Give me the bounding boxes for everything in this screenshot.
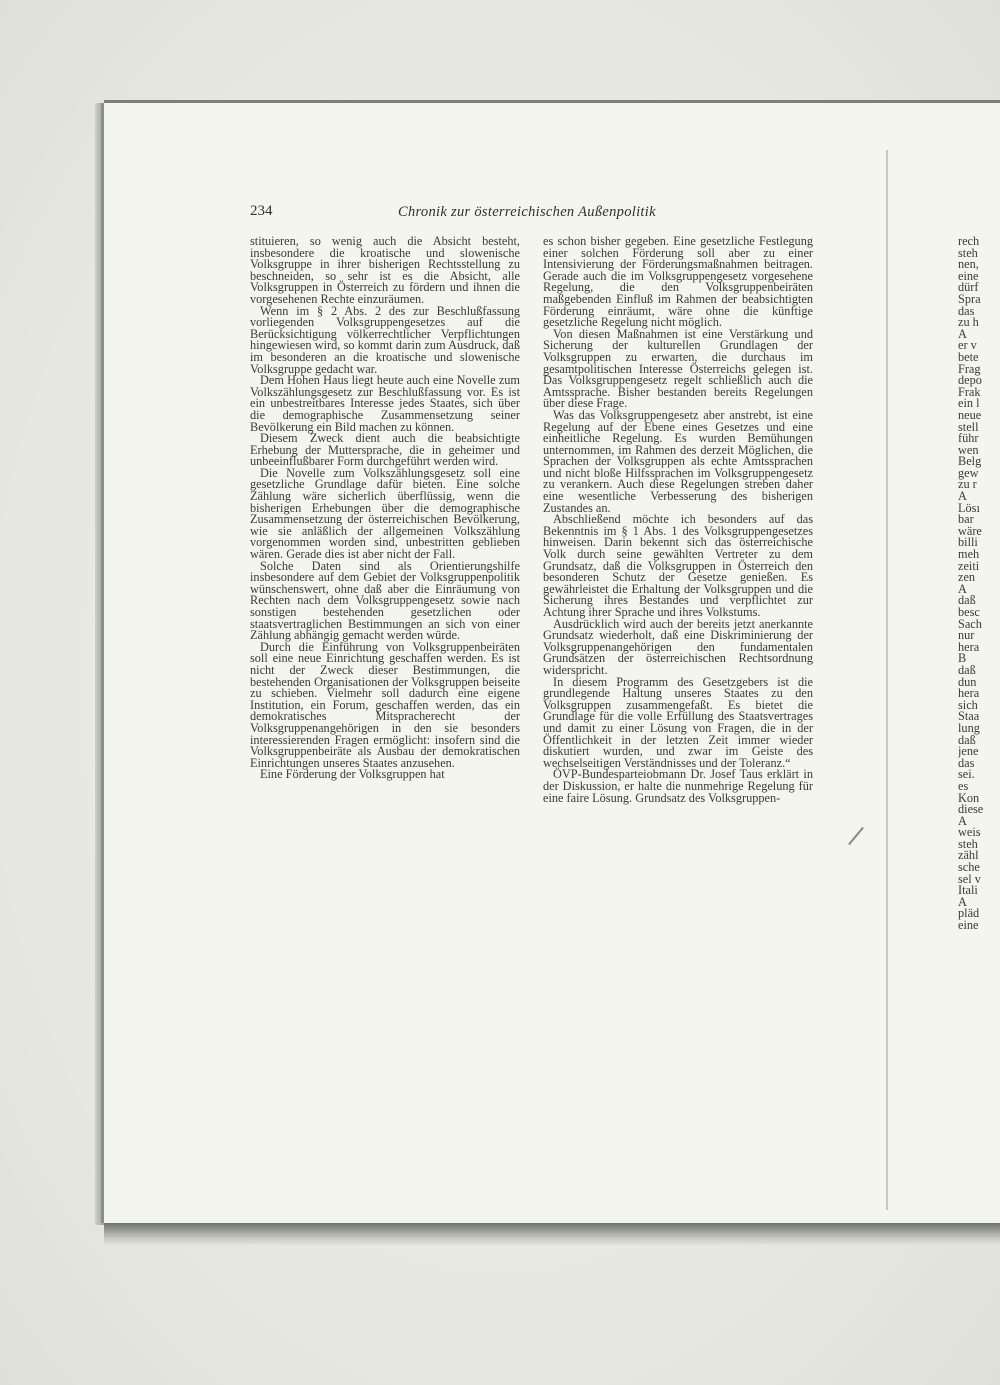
paragraph: Abschließend möchte ich besonders auf da… — [543, 514, 813, 618]
paragraph: Durch die Einführung von Volksgruppenbei… — [250, 642, 520, 770]
paragraph: Eine Förderung der Volksgruppen hat — [250, 769, 520, 781]
paragraph: Diesem Zweck dient auch die beabsichtigt… — [250, 433, 520, 468]
left-text-column: stituieren, so wenig auch die Absicht be… — [250, 236, 520, 781]
paragraph: Solche Daten sind als Orientierungshilfe… — [250, 561, 520, 642]
paragraph: Von diesen Maßnahmen ist eine Verstärkun… — [543, 329, 813, 410]
scan-bottom-edge — [104, 1223, 1000, 1245]
paragraph: Wenn im § 2 Abs. 2 des zur Beschlußfassu… — [250, 306, 520, 376]
right-text-column: es schon bisher gegeben. Eine gesetzlich… — [543, 236, 813, 804]
page-gutter-line — [886, 150, 888, 1210]
paragraph: Ausdrücklich wird auch der bereits jetzt… — [543, 619, 813, 677]
page-number: 234 — [250, 203, 273, 220]
next-page-text-fragments: rechstehnen,einedürfSpradaszu h Aer vbet… — [958, 236, 1000, 932]
paragraph: Was das Volksgruppengesetz aber anstrebt… — [543, 410, 813, 514]
paragraph: Die Novelle zum Volkszählungsgesetz soll… — [250, 468, 520, 561]
paragraph: stituieren, so wenig auch die Absicht be… — [250, 236, 520, 306]
paragraph: es schon bisher gegeben. Eine gesetzlich… — [543, 236, 813, 329]
text-fragment: eine — [958, 920, 1000, 932]
running-title: Chronik zur österreichischen Außenpoliti… — [398, 204, 656, 221]
paragraph: ÖVP-Bundesparteiobmann Dr. Josef Taus er… — [543, 769, 813, 804]
paragraph: In diesem Programm des Gesetzgebers ist … — [543, 677, 813, 770]
paragraph: Dem Hohen Haus liegt heute auch eine Nov… — [250, 375, 520, 433]
